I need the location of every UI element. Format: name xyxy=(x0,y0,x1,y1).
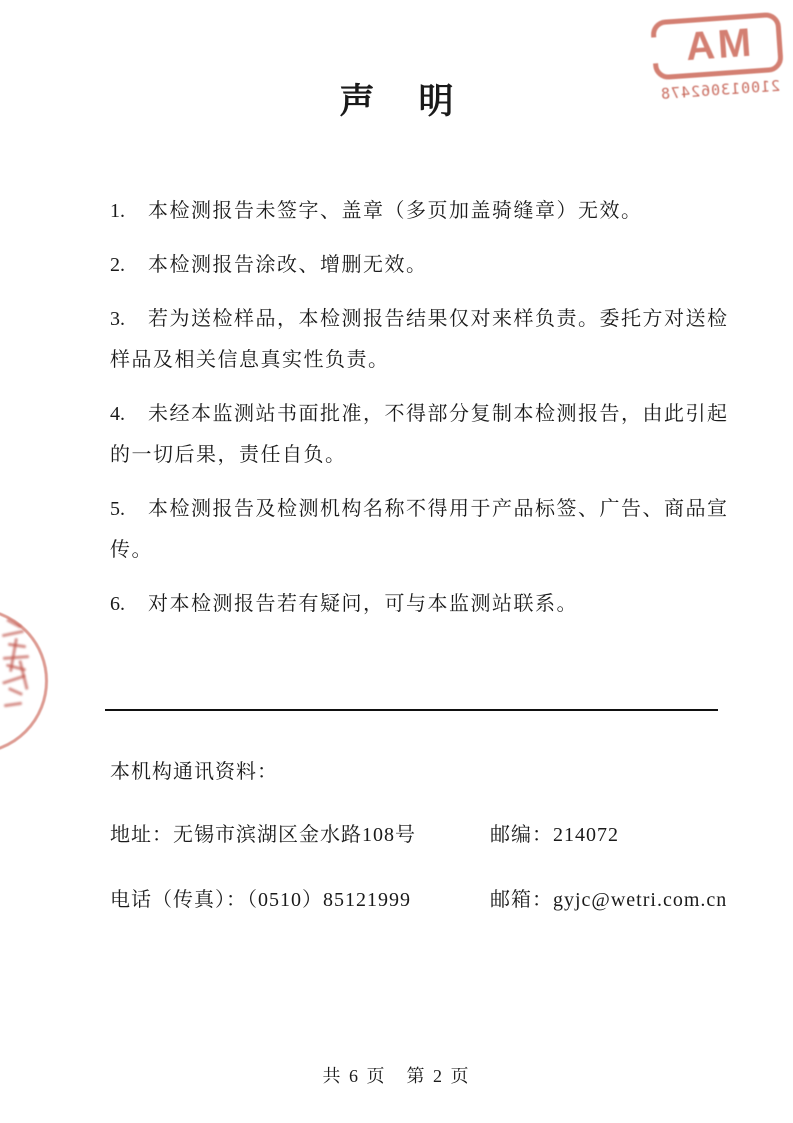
item-text: 对本检测报告若有疑问，可与本监测站联系。 xyxy=(148,593,578,615)
item-number: 5. xyxy=(110,489,148,530)
item-text: 若为送检样品，本检测报告结果仅对来样负责。委托方对送检样品及相关信息真实性负责。 xyxy=(110,308,729,371)
cma-stamp-frame: MA xyxy=(650,12,784,81)
postcode-label: 邮编： xyxy=(490,824,553,846)
item-text: 本检测报告涂改、增删无效。 xyxy=(148,254,428,276)
statement-item: 5.本检测报告及检测机构名称不得用于产品标签、广告、商品宣传。 xyxy=(110,489,730,571)
statement-list: 1.本检测报告未签字、盖章（多页加盖骑缝章）无效。 2.本检测报告涂改、增删无效… xyxy=(110,191,730,638)
contact-phone-row: 电话（传真）：（0510）85121999 邮箱：gyjc@wetri.com.… xyxy=(110,883,750,912)
email-field: 邮箱：gyjc@wetri.com.cn xyxy=(490,883,727,912)
seal-glyph-mark xyxy=(4,702,22,707)
email-label: 邮箱： xyxy=(490,889,553,911)
item-number: 2. xyxy=(110,245,148,286)
item-number: 3. xyxy=(110,299,148,340)
postcode-field: 邮编：214072 xyxy=(490,818,619,847)
seal-glyph-mark xyxy=(8,687,23,696)
email-value: gyjc@wetri.com.cn xyxy=(553,889,727,911)
page-pagination: 共 6 页 第 2 页 xyxy=(0,1062,793,1088)
item-number: 4. xyxy=(110,394,148,435)
contact-heading: 本机构通讯资料： xyxy=(110,755,750,784)
contact-address-row: 地址：无锡市滨湖区金水路108号 邮编：214072 xyxy=(110,818,750,847)
item-number: 6. xyxy=(110,584,148,625)
cma-stamp-letters: MA xyxy=(655,15,778,75)
page-title: 声明 xyxy=(0,74,793,124)
item-text: 本检测报告及检测机构名称不得用于产品标签、广告、商品宣传。 xyxy=(110,498,729,561)
item-text: 未经本监测站书面批准，不得部分复制本检测报告，由此引起的一切后果，责任自负。 xyxy=(110,403,729,466)
statement-item: 2.本检测报告涂改、增删无效。 xyxy=(110,245,730,286)
seal-glyph-mark xyxy=(2,630,24,638)
statement-item: 4.未经本监测站书面批准，不得部分复制本检测报告，由此引起的一切后果，责任自负。 xyxy=(110,394,730,476)
statement-item: 1.本检测报告未签字、盖章（多页加盖骑缝章）无效。 xyxy=(110,191,730,232)
address-value: 无锡市滨湖区金水路108号 xyxy=(173,824,416,846)
phone-value: （0510）85121999 xyxy=(247,889,411,911)
seal-glyph-mark xyxy=(6,618,22,628)
section-divider xyxy=(105,709,718,711)
phone-label: 电话（传真）： xyxy=(110,889,247,911)
seal-glyph-mark xyxy=(3,655,29,660)
address-label: 地址： xyxy=(110,824,173,846)
document-page: MA 210013062478 声明 1.本检测报告未签字、盖章（多页加盖骑缝章… xyxy=(0,0,793,1123)
postcode-value: 214072 xyxy=(553,824,619,846)
seal-glyph-marks xyxy=(0,608,46,748)
statement-item: 6.对本检测报告若有疑问，可与本监测站联系。 xyxy=(110,584,730,625)
item-number: 1. xyxy=(110,191,148,232)
statement-item: 3.若为送检样品，本检测报告结果仅对来样负责。委托方对送检样品及相关信息真实性负… xyxy=(110,299,730,381)
item-text: 本检测报告未签字、盖章（多页加盖骑缝章）无效。 xyxy=(148,200,643,222)
